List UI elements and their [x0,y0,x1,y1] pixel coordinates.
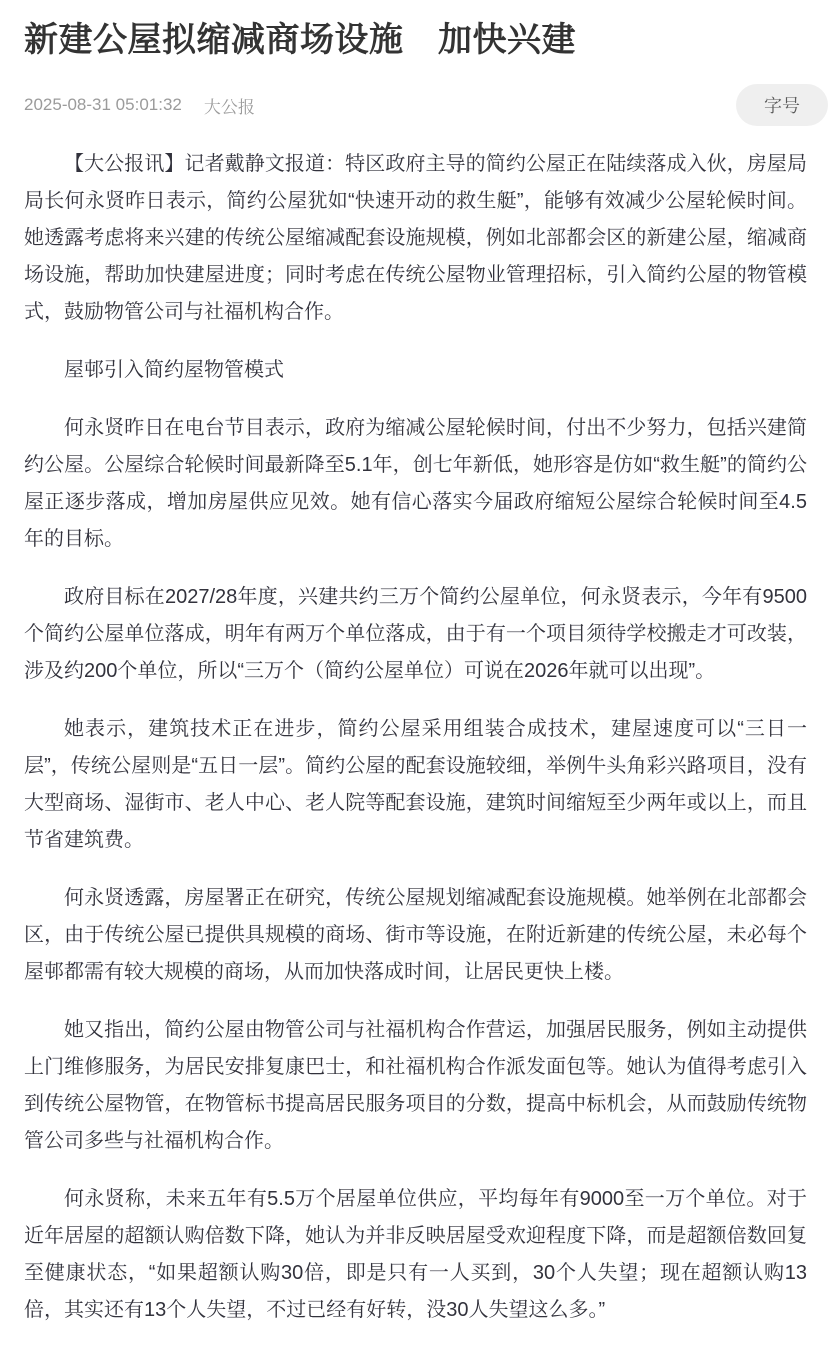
article-paragraph: 她又指出，简约公屋由物管公司与社福机构合作营运，加强居民服务，例如主动提供上门维… [24,1012,807,1160]
meta-row: 2025-08-31 05:01:32 大公报 字号 [24,84,807,126]
meta-info: 2025-08-31 05:01:32 大公报 [24,93,255,118]
article-paragraph: 何永贤透露，房屋署正在研究，传统公屋规划缩减配套设施规模。她举例在北部都会区，由… [24,880,807,991]
section-subheading: 屋邨引入简约屋物管模式 [24,352,807,389]
article: 新建公屋拟缩减商场设施 加快兴建 2025-08-31 05:01:32 大公报… [0,0,831,1362]
page-title: 新建公屋拟缩减商场设施 加快兴建 [24,0,807,61]
article-paragraph: 她表示，建筑技术正在进步，简约公屋采用组装合成技术，建屋速度可以“三日一层”，传… [24,711,807,859]
publish-timestamp: 2025-08-31 05:01:32 [24,95,182,115]
article-paragraph: 【大公报讯】记者戴静文报道：特区政府主导的简约公屋正在陆续落成入伙，房屋局局长何… [24,146,807,331]
article-body: 【大公报讯】记者戴静文报道：特区政府主导的简约公屋正在陆续落成入伙，房屋局局长何… [24,146,807,1362]
article-paragraph: 何永贤昨日在电台节目表示，政府为缩减公屋轮候时间，付出不少努力，包括兴建简约公屋… [24,410,807,558]
article-paragraph: 政府目标在2027/28年度，兴建共约三万个简约公屋单位，何永贤表示，今年有95… [24,579,807,690]
article-paragraph: 何永贤称，未来五年有5.5万个居屋单位供应，平均每年有9000至一万个单位。对于… [24,1181,807,1329]
article-page: 新建公屋拟缩减商场设施 加快兴建 2025-08-31 05:01:32 大公报… [0,0,831,1362]
font-size-button[interactable]: 字号 [736,84,828,126]
source-label: 大公报 [204,93,255,118]
